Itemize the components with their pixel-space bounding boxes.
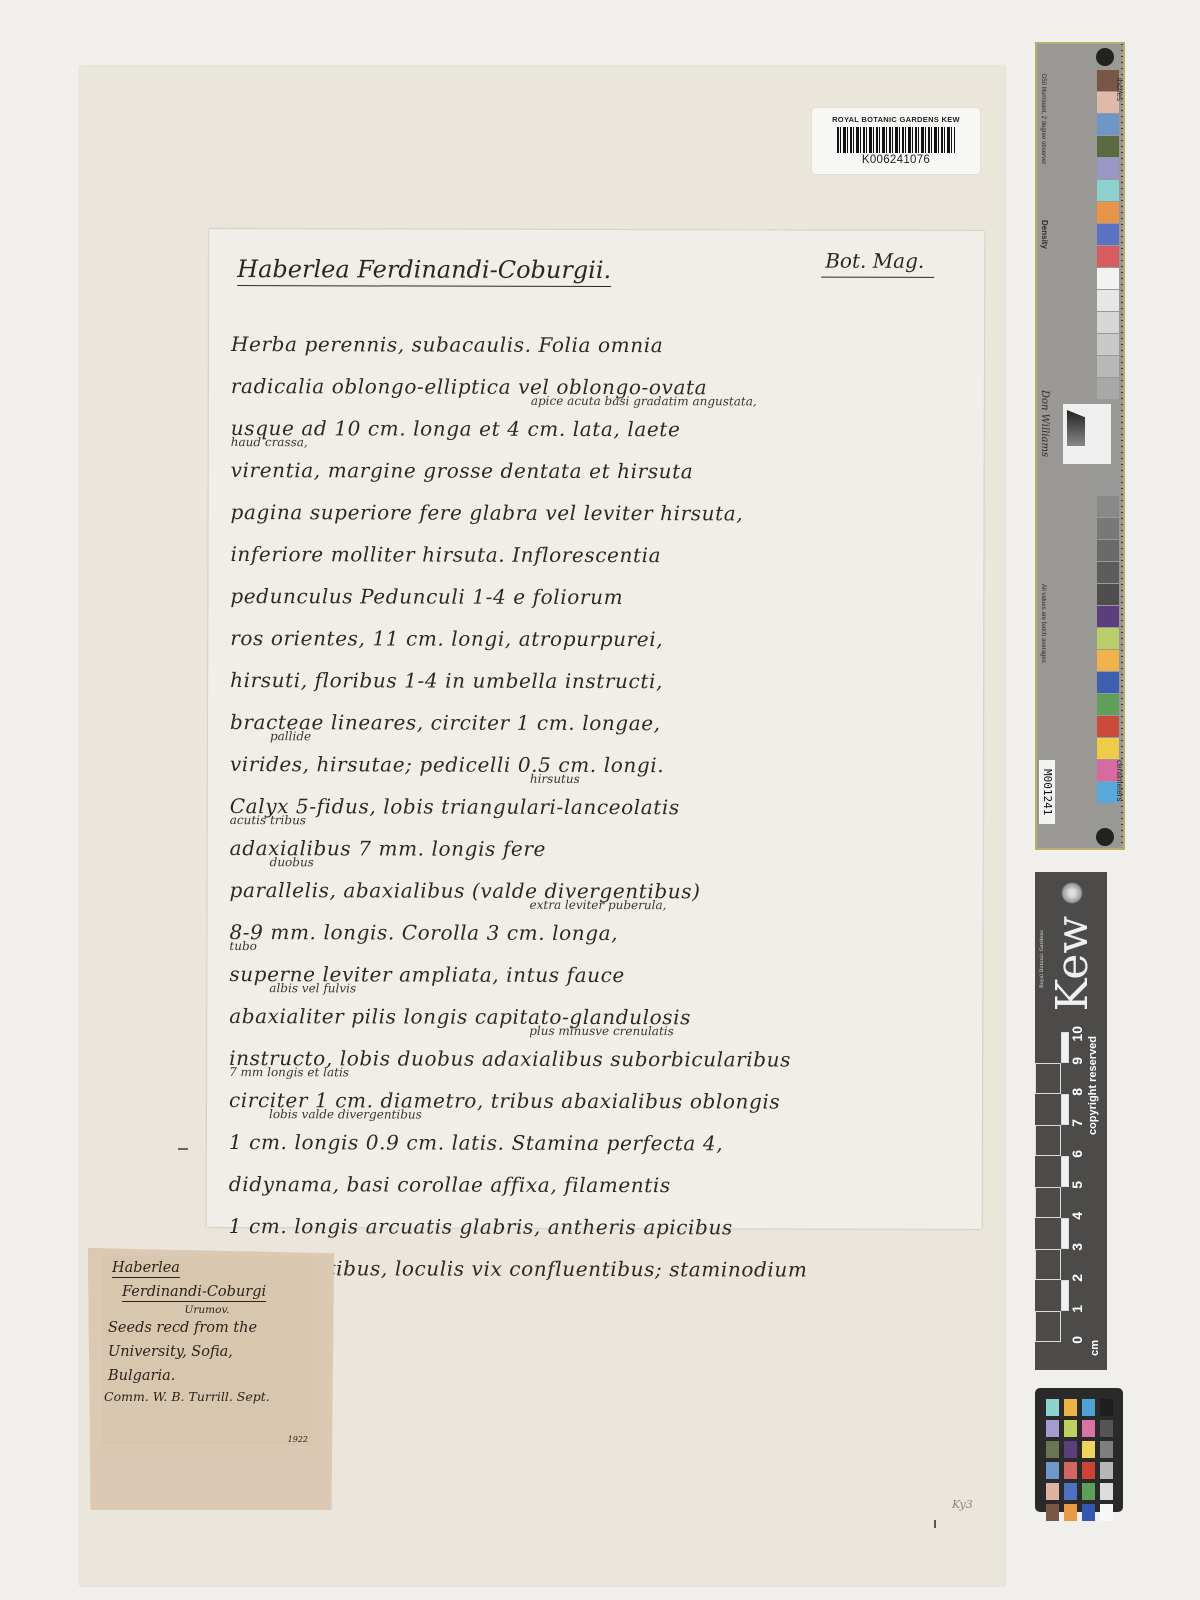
scale-number: 2: [1069, 1274, 1085, 1282]
manuscript-line: 1 cm. longis 0.9 cm. latis. Stamina perf…: [229, 1121, 969, 1165]
colour-swatch: [1097, 224, 1119, 246]
manuscript-line: pagina superiore fere glabra vel leviter…: [231, 491, 971, 535]
scale-segment: [1061, 1094, 1069, 1125]
manuscript-line-text: 1 cm. longis 0.9 cm. latis. Stamina perf…: [229, 1130, 723, 1155]
checker-patch: [1100, 1504, 1113, 1521]
kew-scale-bar: Kew Royal Botanic Gardens 109876543210 c…: [1035, 872, 1107, 1370]
manuscript-insertion: pallide: [270, 729, 311, 743]
colour-swatch: [1097, 518, 1119, 540]
scale-segment: [1061, 1218, 1069, 1249]
manuscript-line-text: didynama, basi corollae affixa, filament…: [229, 1172, 671, 1197]
packet-footer: Comm. W. B. Turrill. Sept.: [102, 1388, 312, 1406]
copyright-text: copyright reserved: [1087, 1036, 1099, 1135]
barcode-number: K006241076: [812, 154, 980, 166]
illuminant-text: D50 Illuminant, 2 degree observer: [1040, 74, 1046, 164]
punch-hole-top: [1096, 48, 1114, 66]
manuscript-line: bracteae lineares, circiter 1 cm. longae…: [230, 701, 970, 745]
packet-genus: Haberlea: [112, 1259, 180, 1278]
manuscript-line: 1 cm. longis arcuatis glabris, antheris …: [229, 1205, 969, 1249]
grey-wedge-box: [1063, 404, 1111, 464]
barcode-icon: [837, 127, 955, 153]
scale-number: 1: [1069, 1305, 1085, 1313]
manuscript-line-text: pedunculus Pedunculi 1-4 e foliorum: [230, 584, 623, 609]
manuscript-line: inferiore molliter hirsuta. Inflorescent…: [230, 533, 970, 577]
manuscript-line: ros orientes, 11 cm. longi, atropurpurei…: [230, 617, 970, 661]
checker-patch: [1064, 1441, 1077, 1458]
manuscript-line: didynama, basi corollae affixa, filament…: [229, 1163, 969, 1207]
scale-number: 10: [1069, 1026, 1085, 1042]
manuscript-line: 8-9 mm. longis. Corolla 3 cm. longa,extr…: [229, 911, 969, 955]
checker-patch: [1046, 1483, 1059, 1500]
manuscript-line-text: ros orientes, 11 cm. longi, atropurpurei…: [230, 626, 663, 651]
checker-patch: [1064, 1399, 1077, 1416]
colour-swatch: [1097, 694, 1119, 716]
manuscript-line-text: virides, hirsutae; pedicelli 0.5 cm. lon…: [230, 752, 664, 777]
manuscript-line-text: 1 cm. longis arcuatis glabris, antheris …: [229, 1214, 733, 1239]
scale-number: 7: [1069, 1119, 1085, 1127]
manuscript-line: usque ad 10 cm. longa et 4 cm. lata, lae…: [231, 407, 971, 451]
colour-swatch: [1097, 136, 1119, 158]
colour-swatch: [1097, 496, 1119, 518]
scale-segment: [1061, 1280, 1069, 1311]
colour-swatch: [1097, 562, 1119, 584]
scale-segment: [1035, 1249, 1061, 1280]
checker-patch: [1082, 1399, 1095, 1416]
colour-swatch: [1097, 202, 1119, 224]
colour-swatch: [1097, 312, 1119, 334]
scale-number: 5: [1069, 1181, 1085, 1189]
manuscript-line: virides, hirsutae; pedicelli 0.5 cm. lon…: [230, 743, 970, 787]
manuscript-insertion: haud crassa,: [231, 435, 308, 449]
seed-packet: Haberlea Ferdinandi-Coburgi Urumov. Seed…: [88, 1248, 334, 1510]
manuscript-line-text: pagina superiore fere glabra vel leviter…: [231, 500, 744, 525]
serial-number: M001241: [1039, 760, 1055, 824]
colour-swatch: [1097, 356, 1119, 378]
checker-patch: [1082, 1504, 1095, 1521]
scale-segment: [1061, 1032, 1069, 1063]
colour-swatch: [1097, 334, 1119, 356]
checker-patch: [1046, 1504, 1059, 1521]
manuscript-insertion: 7 mm longis et latis: [229, 1065, 349, 1079]
strip-ruler-ticks: [1121, 44, 1123, 848]
manuscript-line: Calyx 5-fidus, lobis triangulari-lanceol…: [230, 785, 970, 829]
kew-subbrand: Royal Botanic Gardens: [1039, 930, 1045, 988]
checker-patch: [1046, 1399, 1059, 1416]
checker-patch: [1082, 1462, 1095, 1479]
royal-crest-icon: [1061, 882, 1083, 904]
manuscript-insertion: apice acuta basi gradatim angustata,: [531, 394, 757, 409]
colour-swatch: [1097, 268, 1119, 290]
colour-swatch: [1097, 540, 1119, 562]
brand-name: Don Williams: [1039, 390, 1050, 457]
colour-swatch: [1097, 378, 1119, 400]
scale-segment: [1035, 1063, 1061, 1094]
scale-segment: [1035, 1311, 1061, 1342]
colour-swatch: [1097, 650, 1119, 672]
colour-swatch: [1097, 114, 1119, 136]
checker-patch: [1100, 1399, 1113, 1416]
scale-segment: [1061, 1156, 1069, 1187]
checker-patch: [1064, 1483, 1077, 1500]
pencil-annotation: Ky3: [952, 1498, 973, 1511]
scale-segment: [1035, 1187, 1061, 1218]
colour-checker-grid: [1046, 1399, 1113, 1521]
manuscript-line-text: hirsuti, floribus 1-4 in umbella instruc…: [230, 668, 663, 693]
packet-line-2: University, Sofia,: [102, 1340, 312, 1364]
checker-patch: [1046, 1420, 1059, 1437]
manuscript-insertion: hirsutus: [530, 772, 580, 786]
colour-checker-card: [1035, 1388, 1123, 1512]
margin-dash: [178, 1148, 188, 1150]
manuscript-line-text: Herba perennis, subacaulis. Folia omnia: [231, 332, 663, 357]
scale-segments: [1035, 1032, 1069, 1370]
punch-hole-bottom: [1096, 828, 1114, 846]
scale-numbers: 109876543210: [1069, 1030, 1085, 1370]
colour-scale-strip: D50 Illuminant, 2 degree observer Densit…: [1035, 42, 1125, 850]
scale-number: 3: [1069, 1243, 1085, 1251]
manuscript-insertion: lobis valde divergentibus: [269, 1107, 422, 1121]
colour-swatch: [1097, 290, 1119, 312]
density-label: Density: [1040, 220, 1049, 249]
manuscript-title: Haberlea Ferdinandi-Coburgii.: [237, 255, 611, 287]
packet-label: Haberlea Ferdinandi-Coburgi Urumov. Seed…: [102, 1256, 312, 1446]
manuscript-description: Haberlea Ferdinandi-Coburgii. Bot. Mag. …: [207, 229, 985, 1229]
colour-swatch: [1097, 716, 1119, 738]
checker-patch: [1046, 1462, 1059, 1479]
barcode-label: ROYAL BOTANIC GARDENS KEW K006241076: [812, 108, 980, 174]
scale-number: 8: [1069, 1088, 1085, 1096]
checker-patch: [1082, 1441, 1095, 1458]
manuscript-line-text: 8-9 mm. longis. Corolla 3 cm. longa,: [229, 920, 618, 945]
checker-patch: [1046, 1441, 1059, 1458]
manuscript-insertion: duobus: [270, 855, 314, 869]
cm-unit-label: cm: [1089, 1340, 1101, 1356]
pencil-tick: [934, 1520, 936, 1528]
scale-number: 4: [1069, 1212, 1085, 1220]
checker-patch: [1064, 1420, 1077, 1437]
packet-year: 1922: [288, 1435, 308, 1444]
packet-collector-note: Urumov.: [102, 1304, 312, 1316]
colour-swatch: [1097, 672, 1119, 694]
manuscript-line: hirsuti, floribus 1-4 in umbella instruc…: [230, 659, 970, 703]
colour-swatch: [1097, 246, 1119, 268]
manuscript-insertion: extra leviter puberula,: [530, 898, 667, 912]
manuscript-line: Herba perennis, subacaulis. Folia omnia: [231, 323, 971, 367]
checker-patch: [1100, 1483, 1113, 1500]
manuscript-line-text: virentia, margine grosse dentata et hirs…: [231, 458, 694, 483]
manuscript-line: virentia, margine grosse dentata et hirs…: [231, 449, 971, 493]
manuscript-insertion: albis vel fulvis: [269, 981, 356, 995]
manuscript-line: adaxialibus 7 mm. longis fereacutis trib…: [230, 827, 970, 871]
checker-patch: [1100, 1462, 1113, 1479]
manuscript-line: pedunculus Pedunculi 1-4 e foliorum: [230, 575, 970, 619]
checker-patch: [1100, 1441, 1113, 1458]
checker-patch: [1100, 1420, 1113, 1437]
colour-swatch: [1097, 628, 1119, 650]
colour-swatch: [1097, 180, 1119, 202]
colour-swatch: [1097, 474, 1119, 496]
institution-name: ROYAL BOTANIC GARDENS KEW: [812, 115, 980, 124]
checker-patch: [1082, 1483, 1095, 1500]
colour-swatch: [1097, 158, 1119, 180]
scale-number: 6: [1069, 1150, 1085, 1158]
scale-segment: [1035, 1125, 1061, 1156]
manuscript-line-text: inferiore molliter hirsuta. Inflorescent…: [230, 542, 661, 567]
packet-species: Ferdinandi-Coburgi: [122, 1283, 266, 1302]
kew-logo: Kew: [1051, 916, 1095, 1011]
colour-swatch: [1097, 584, 1119, 606]
checker-patch: [1064, 1504, 1077, 1521]
grey-wedge: [1067, 410, 1085, 446]
manuscript-body: Herba perennis, subacaulis. Folia omniar…: [229, 323, 972, 1291]
manuscript-reference: Bot. Mag.: [821, 249, 934, 278]
colour-swatch: [1097, 738, 1119, 760]
checker-patch: [1064, 1462, 1077, 1479]
manuscript-insertion: tubo: [229, 939, 257, 953]
manuscript-line: cohaerentibus, loculis vix confluentibus…: [229, 1247, 969, 1291]
packet-line-1: Seeds recd from the: [102, 1316, 312, 1340]
averages-note: All values are batch averages: [1040, 584, 1046, 663]
scale-number: 0: [1069, 1336, 1085, 1344]
checker-patch: [1082, 1420, 1095, 1437]
manuscript-insertion: plus minusve crenulatis: [529, 1024, 674, 1038]
scale-number: 9: [1069, 1057, 1085, 1065]
manuscript-insertion: acutis tribus: [230, 813, 306, 827]
packet-line-3: Bulgaria.: [102, 1364, 312, 1388]
colour-swatch: [1097, 606, 1119, 628]
